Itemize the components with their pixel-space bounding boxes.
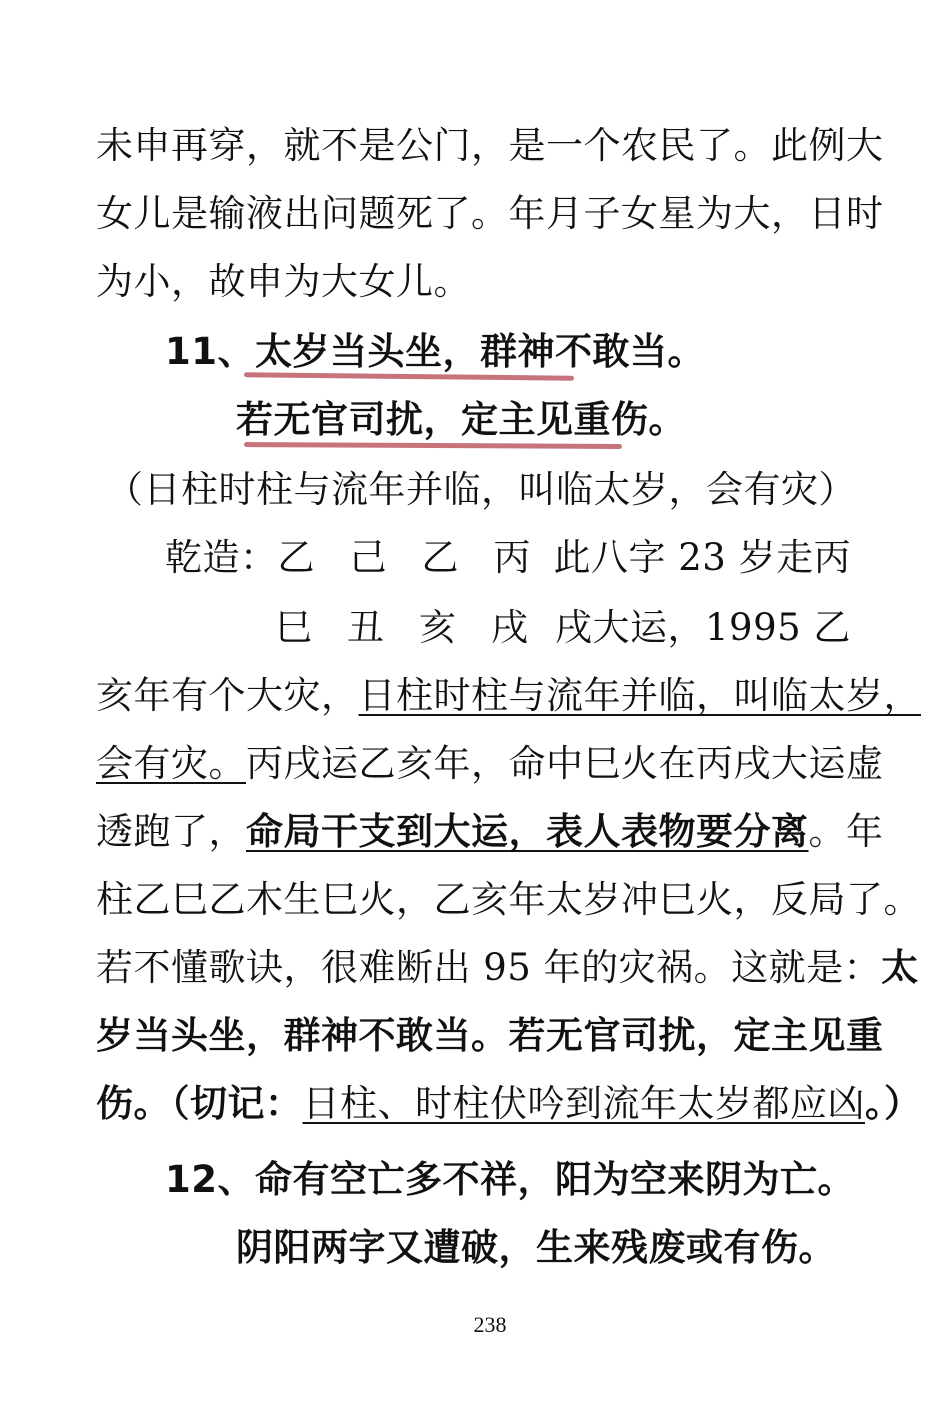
intro-line-3: 为小，故申为大女儿。 (96, 260, 471, 304)
body-line-6: 岁当头坐，群神不敢当。若无官司扰，定主见重 (96, 1014, 884, 1058)
section-12-verse-line-2: 阴阳两字又遭破，生来残废或有伤。 (236, 1226, 836, 1270)
example-branches-row: 巳丑亥戌戌大运，1995 乙 (275, 606, 851, 650)
body-text: 若不懂歌诀，很难断出 95 年的灾祸。这就是： (96, 946, 881, 989)
section-11-verse-line-2: 若无官司扰，定主见重伤。 (236, 398, 686, 442)
bold-text: 伤。（切记： (96, 1082, 303, 1125)
branch-year: 巳 (275, 606, 347, 650)
intro-line-1: 未申再穿，就不是公门，是一个农民了。此例大 (96, 124, 884, 168)
body-line-3: 透跑了，命局干支到大运，表人表物要分离。年 (96, 810, 884, 854)
bold-text: 。） (865, 1082, 922, 1125)
underlined-text: 日柱、时柱伏吟到流年太岁都应凶 (303, 1082, 866, 1125)
underlined-text: 日柱时柱与流年并临，叫临太岁， (359, 674, 922, 717)
example-stems-row: 乾造：乙己乙丙此八字 23 岁走丙 (165, 536, 851, 580)
body-text: 。年 (809, 810, 884, 853)
branch-hour: 戌 (491, 606, 555, 650)
book-page: 未申再穿，就不是公门，是一个农民了。此例大 女儿是输液出问题死了。年月子女星为大… (0, 0, 928, 1406)
stem-year: 乙 (278, 536, 350, 580)
example-side-text-2: 戌大运，1995 乙 (555, 606, 851, 649)
section-number: 11、 (165, 330, 255, 373)
red-handwritten-underline-2 (244, 442, 622, 449)
body-text: 丙戌运乙亥年，命中巳火在丙戌大运虚 (246, 742, 884, 785)
stem-hour: 丙 (494, 536, 554, 580)
body-text: 亥年有个大灾， (96, 674, 359, 717)
section-number: 12、 (165, 1158, 255, 1201)
section-12-verse-line-1: 12、命有空亡多不祥，阳为空来阴为亡。 (165, 1158, 855, 1202)
branch-day: 亥 (419, 606, 491, 650)
example-side-text-1: 此八字 23 岁走丙 (554, 536, 852, 579)
body-line-4: 柱乙巳乙木生巳火，乙亥年太岁冲巳火，反局了。 (96, 878, 921, 922)
intro-line-2: 女儿是输液出问题死了。年月子女星为大，日时 (96, 192, 884, 236)
section-11-note: （日柱时柱与流年并临，叫临太岁，会有灾） (106, 468, 856, 512)
bold-text: 太 (881, 946, 919, 989)
body-line-2: 会有灾。丙戌运乙亥年，命中巳火在丙戌大运虚 (96, 742, 884, 786)
branch-month: 丑 (347, 606, 419, 650)
verse-text: 命有空亡多不祥，阳为空来阴为亡。 (255, 1158, 855, 1201)
stem-month: 己 (350, 536, 422, 580)
body-line-1: 亥年有个大灾，日柱时柱与流年并临，叫临太岁， (96, 674, 921, 718)
body-text: 透跑了， (96, 810, 246, 853)
body-line-7: 伤。（切记：日柱、时柱伏吟到流年太岁都应凶。） (96, 1082, 922, 1126)
verse-text: 太岁当头坐，群神不敢当。 (255, 330, 705, 373)
page-number: 238 (0, 1312, 928, 1338)
underlined-text: 会有灾。 (96, 742, 246, 785)
example-label: 乾造： (165, 536, 278, 579)
underlined-bold-text: 命局干支到大运，表人表物要分离 (246, 810, 809, 853)
section-11-verse-line-1: 11、太岁当头坐，群神不敢当。 (165, 330, 705, 374)
body-line-5: 若不懂歌诀，很难断出 95 年的灾祸。这就是：太 (96, 946, 919, 990)
stem-day: 乙 (422, 536, 494, 580)
